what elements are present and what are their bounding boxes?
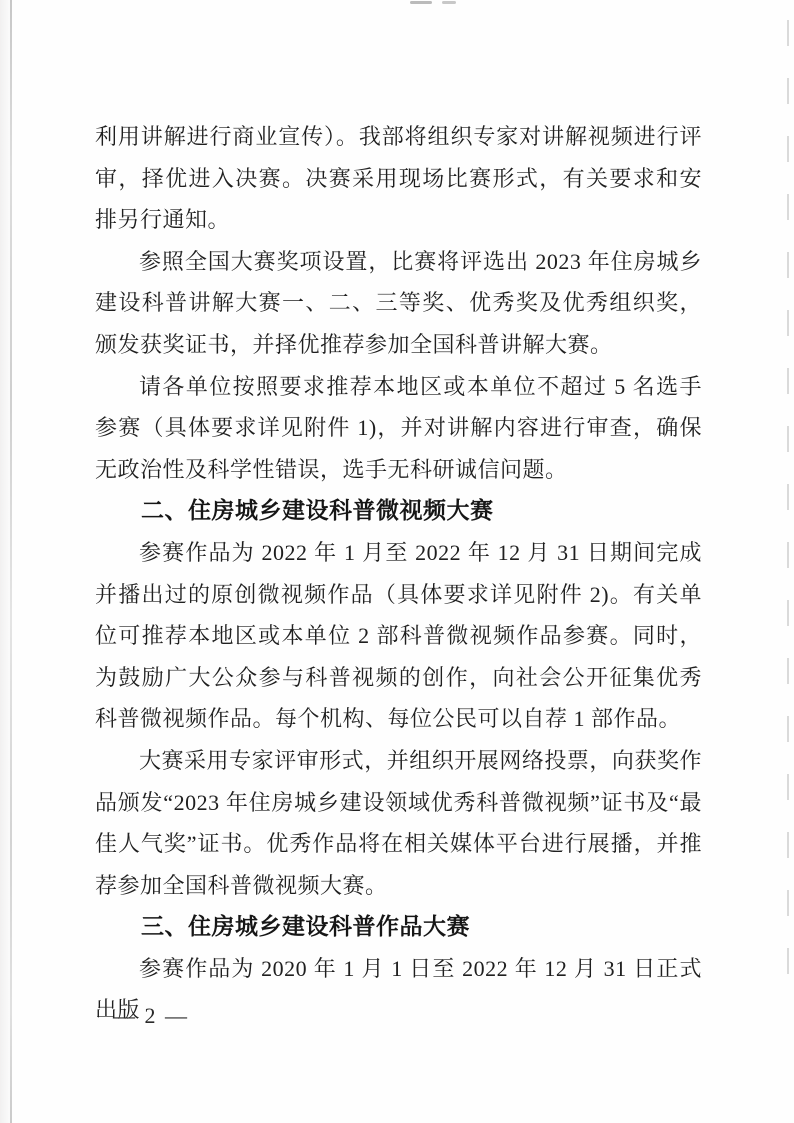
scan-artifact-top-smudge xyxy=(410,1,432,4)
paragraph: 大赛采用专家评审形式，并组织开展网络投票，向获奖作品颁发“2023 年住房城乡建… xyxy=(95,740,702,906)
paragraph: 参赛作品为 2022 年 1 月至 2022 年 12 月 31 日期间完成并播… xyxy=(95,532,702,740)
scan-artifact-right-edge-line xyxy=(787,20,789,1003)
document-body: 利用讲解进行商业宣传）。我部将组织专家对讲解视频进行评审，择优进入决赛。决赛采用… xyxy=(95,116,702,1031)
scan-artifact-top-smudge xyxy=(442,1,456,4)
scan-artifact-left-edge-line xyxy=(10,0,12,1123)
document-page: 利用讲解进行商业宣传）。我部将组织专家对讲解视频进行评审，择优进入决赛。决赛采用… xyxy=(0,0,794,1123)
page-number: — 2 — xyxy=(113,1003,189,1029)
paragraph: 请各单位按照要求推荐本地区或本单位不超过 5 名选手参赛（具体要求详见附件 1)… xyxy=(95,366,702,491)
scan-artifact-left-margin xyxy=(0,0,10,1123)
section-heading: 二、住房城乡建设科普微视频大赛 xyxy=(95,490,702,532)
paragraph: 参照全国大赛奖项设置，比赛将评选出 2023 年住房城乡建设科普讲解大赛一、二、… xyxy=(95,241,702,366)
section-heading: 三、住房城乡建设科普作品大赛 xyxy=(95,906,702,948)
paragraph-continuation: 利用讲解进行商业宣传）。我部将组织专家对讲解视频进行评审，择优进入决赛。决赛采用… xyxy=(95,116,702,241)
